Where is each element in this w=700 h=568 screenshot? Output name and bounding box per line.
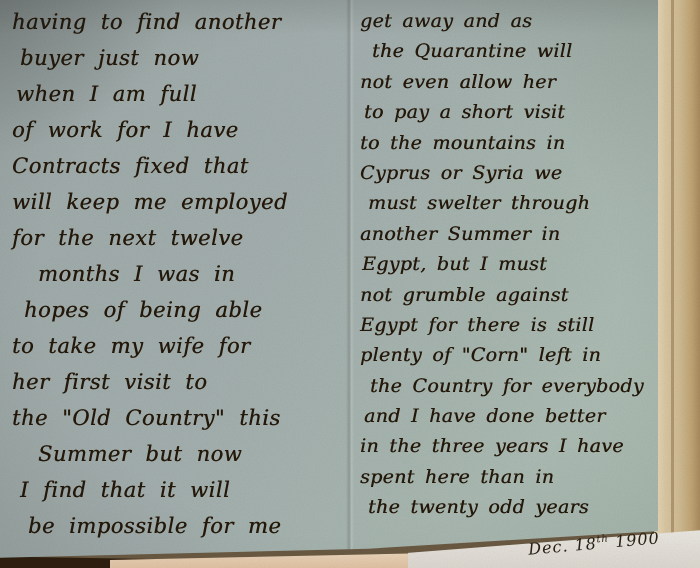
handwritten-line: get away and as xyxy=(360,6,660,36)
handwritten-line: to the mountains in xyxy=(360,128,660,158)
handwritten-line: of work for I have xyxy=(12,112,348,148)
handwritten-line: to take my wife for xyxy=(12,328,348,364)
handwritten-line: another Summer in xyxy=(360,219,660,249)
handwritten-line: and I have done better xyxy=(360,401,660,431)
handwritten-line: buyer just now xyxy=(12,40,348,76)
handwritten-line: spent here than in xyxy=(360,462,660,492)
handwritten-line: the Quarantine will xyxy=(360,36,660,66)
handwritten-line: having to find another xyxy=(12,4,348,40)
handwritten-line: Egypt, but I must xyxy=(360,249,660,279)
handwritten-line: I find that it will xyxy=(12,472,348,508)
handwritten-line: not grumble against xyxy=(360,280,660,310)
handwritten-line: hopes of being able xyxy=(12,292,348,328)
letter-page-left: having to find another buyer just now wh… xyxy=(12,4,348,544)
handwritten-line: must swelter through xyxy=(360,188,660,218)
letter-photograph: having to find another buyer just now wh… xyxy=(0,0,700,568)
handwritten-line: when I am full xyxy=(12,76,348,112)
date-superscript: th xyxy=(596,533,609,545)
handwritten-line: Egypt for there is still xyxy=(360,310,660,340)
date-year: 1900 xyxy=(614,528,660,551)
handwritten-line: the "Old Country" this xyxy=(12,400,348,436)
handwritten-line: Cyprus or Syria we xyxy=(360,158,660,188)
album-page-edge-line xyxy=(671,0,674,568)
handwritten-line: months I was in xyxy=(12,256,348,292)
handwritten-line: not even allow her xyxy=(360,67,660,97)
letter-page-right: get away and as the Quarantine will not … xyxy=(360,6,660,523)
handwritten-line: for the next twelve xyxy=(12,220,348,256)
handwritten-line: the twenty odd years xyxy=(360,492,660,522)
handwritten-line: the Country for everybody xyxy=(360,371,660,401)
handwritten-line: Contracts fixed that xyxy=(12,148,348,184)
handwritten-line: will keep me employed xyxy=(12,184,348,220)
album-page-edge xyxy=(654,0,700,568)
letter-paper: having to find another buyer just now wh… xyxy=(0,0,658,568)
handwritten-line: in the three years I have xyxy=(360,431,660,461)
handwritten-line: her first visit to xyxy=(12,364,348,400)
handwritten-line: to pay a short visit xyxy=(360,97,660,127)
handwritten-line: plenty of "Corn" left in xyxy=(360,340,660,370)
handwritten-line: Summer but now xyxy=(12,436,348,472)
handwritten-line: be impossible for me xyxy=(12,508,348,544)
